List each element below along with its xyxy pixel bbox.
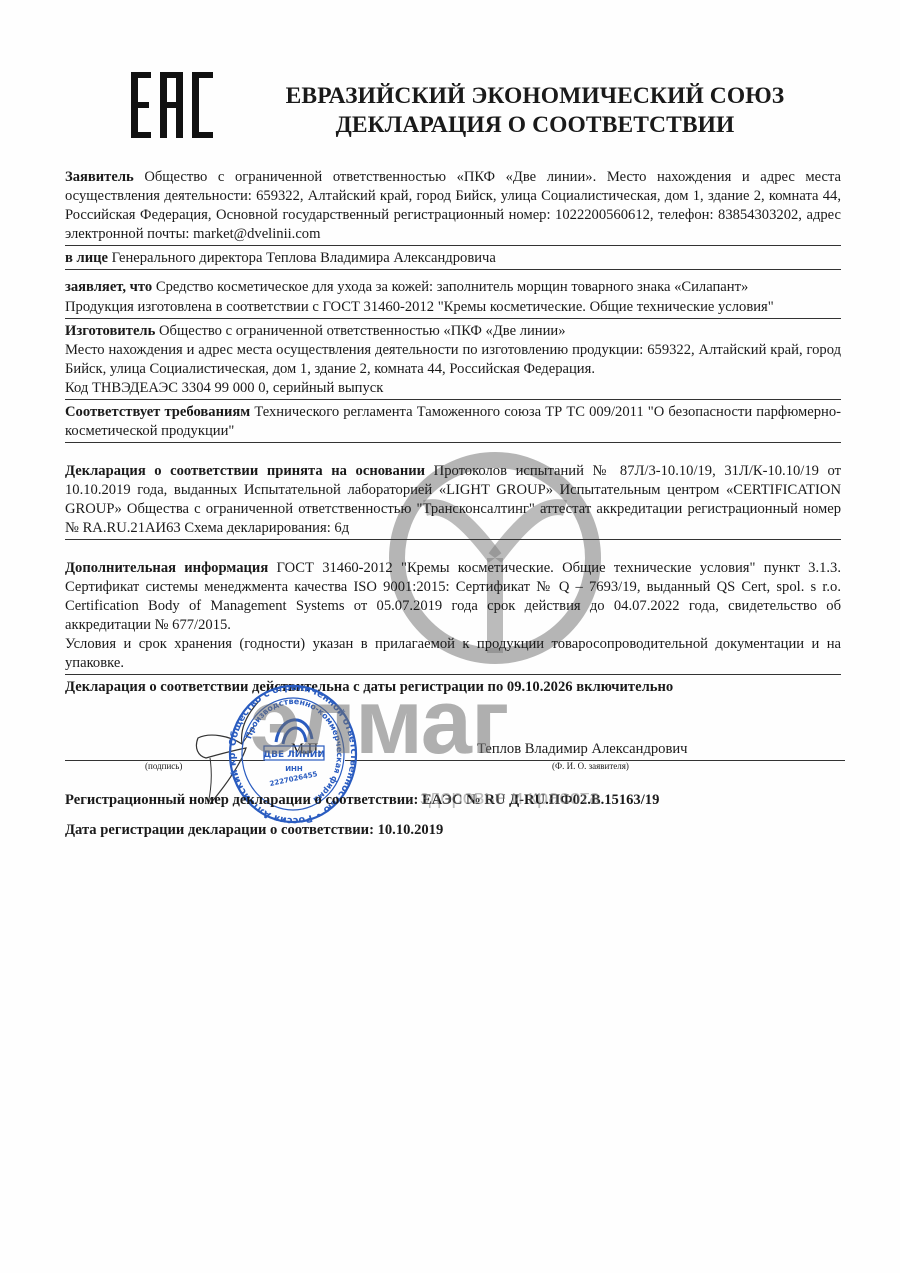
- manufacturer-name: Общество с ограниченной ответственностью…: [155, 323, 565, 339]
- manufacturer-section: Изготовитель Общество с ограниченной отв…: [65, 322, 841, 400]
- signature-row: М.П. Теплов Владимир Александрович (подп…: [65, 741, 845, 771]
- declares-label: заявляет, что: [65, 279, 152, 295]
- represented-by-label: в лице: [65, 250, 108, 266]
- manufacturer-address: Место нахождения и адрес места осуществл…: [65, 341, 841, 379]
- stamp-inn-number: 2227026455: [269, 770, 318, 788]
- product-standard: Продукция изготовлена в соответствии с Г…: [65, 298, 841, 317]
- name-caption: (Ф. И. О. заявителя): [552, 761, 629, 771]
- seal-place-label: М.П.: [291, 741, 322, 758]
- hs-code: Код ТНВЭДЕАЭС 3304 99 000 0, серийный вы…: [65, 379, 841, 398]
- validity-text: Декларация о соответствии действительна …: [65, 679, 673, 695]
- declaration-page: ЕВРАЗИЙСКИЙ ЭКОНОМИЧЕСКИЙ СОЮЗ ДЕКЛАРАЦИ…: [0, 0, 900, 1273]
- product-description: Средство косметическое для ухода за коже…: [152, 279, 748, 295]
- conforms-label: Соответствует требованиям: [65, 404, 250, 420]
- applicant-section: Заявитель Общество с ограниченной ответс…: [65, 168, 841, 246]
- basis-label: Декларация о соответствии принята на осн…: [65, 463, 425, 479]
- document-header: ЕВРАЗИЙСКИЙ ЭКОНОМИЧЕСКИЙ СОЮЗ ДЕКЛАРАЦИ…: [255, 82, 815, 140]
- signature-caption: (подпись): [145, 761, 182, 771]
- declaration-body: Заявитель Общество с ограниченной ответс…: [65, 168, 841, 698]
- validity-section: Декларация о соответствии действительна …: [65, 678, 841, 698]
- manufacturer-label: Изготовитель: [65, 323, 155, 339]
- eac-mark-icon: [131, 72, 213, 138]
- basis-section: Декларация о соответствии принята на осн…: [65, 462, 841, 540]
- registration-number: Регистрационный номер декларации о соотв…: [65, 792, 659, 809]
- represented-by-text: Генерального директора Теплова Владимира…: [108, 250, 496, 266]
- represented-by-section: в лице Генерального директора Теплова Вл…: [65, 249, 841, 270]
- additional-info-section: Дополнительная информация ГОСТ 31460-201…: [65, 559, 841, 675]
- additional-info-label: Дополнительная информация: [65, 560, 268, 576]
- registration-date: Дата регистрации декларации о соответств…: [65, 822, 443, 839]
- applicant-text: Общество с ограниченной ответственностью…: [65, 169, 841, 242]
- declares-section: заявляет, что Средство косметическое для…: [65, 278, 841, 319]
- union-title: ЕВРАЗИЙСКИЙ ЭКОНОМИЧЕСКИЙ СОЮЗ: [255, 82, 815, 111]
- applicant-label: Заявитель: [65, 169, 134, 185]
- signer-name: Теплов Владимир Александрович: [477, 741, 688, 758]
- storage-conditions: Условия и срок хранения (годности) указа…: [65, 635, 841, 673]
- declaration-title: ДЕКЛАРАЦИЯ О СООТВЕТСТВИИ: [255, 111, 815, 140]
- conforms-section: Соответствует требованиям Технического р…: [65, 403, 841, 443]
